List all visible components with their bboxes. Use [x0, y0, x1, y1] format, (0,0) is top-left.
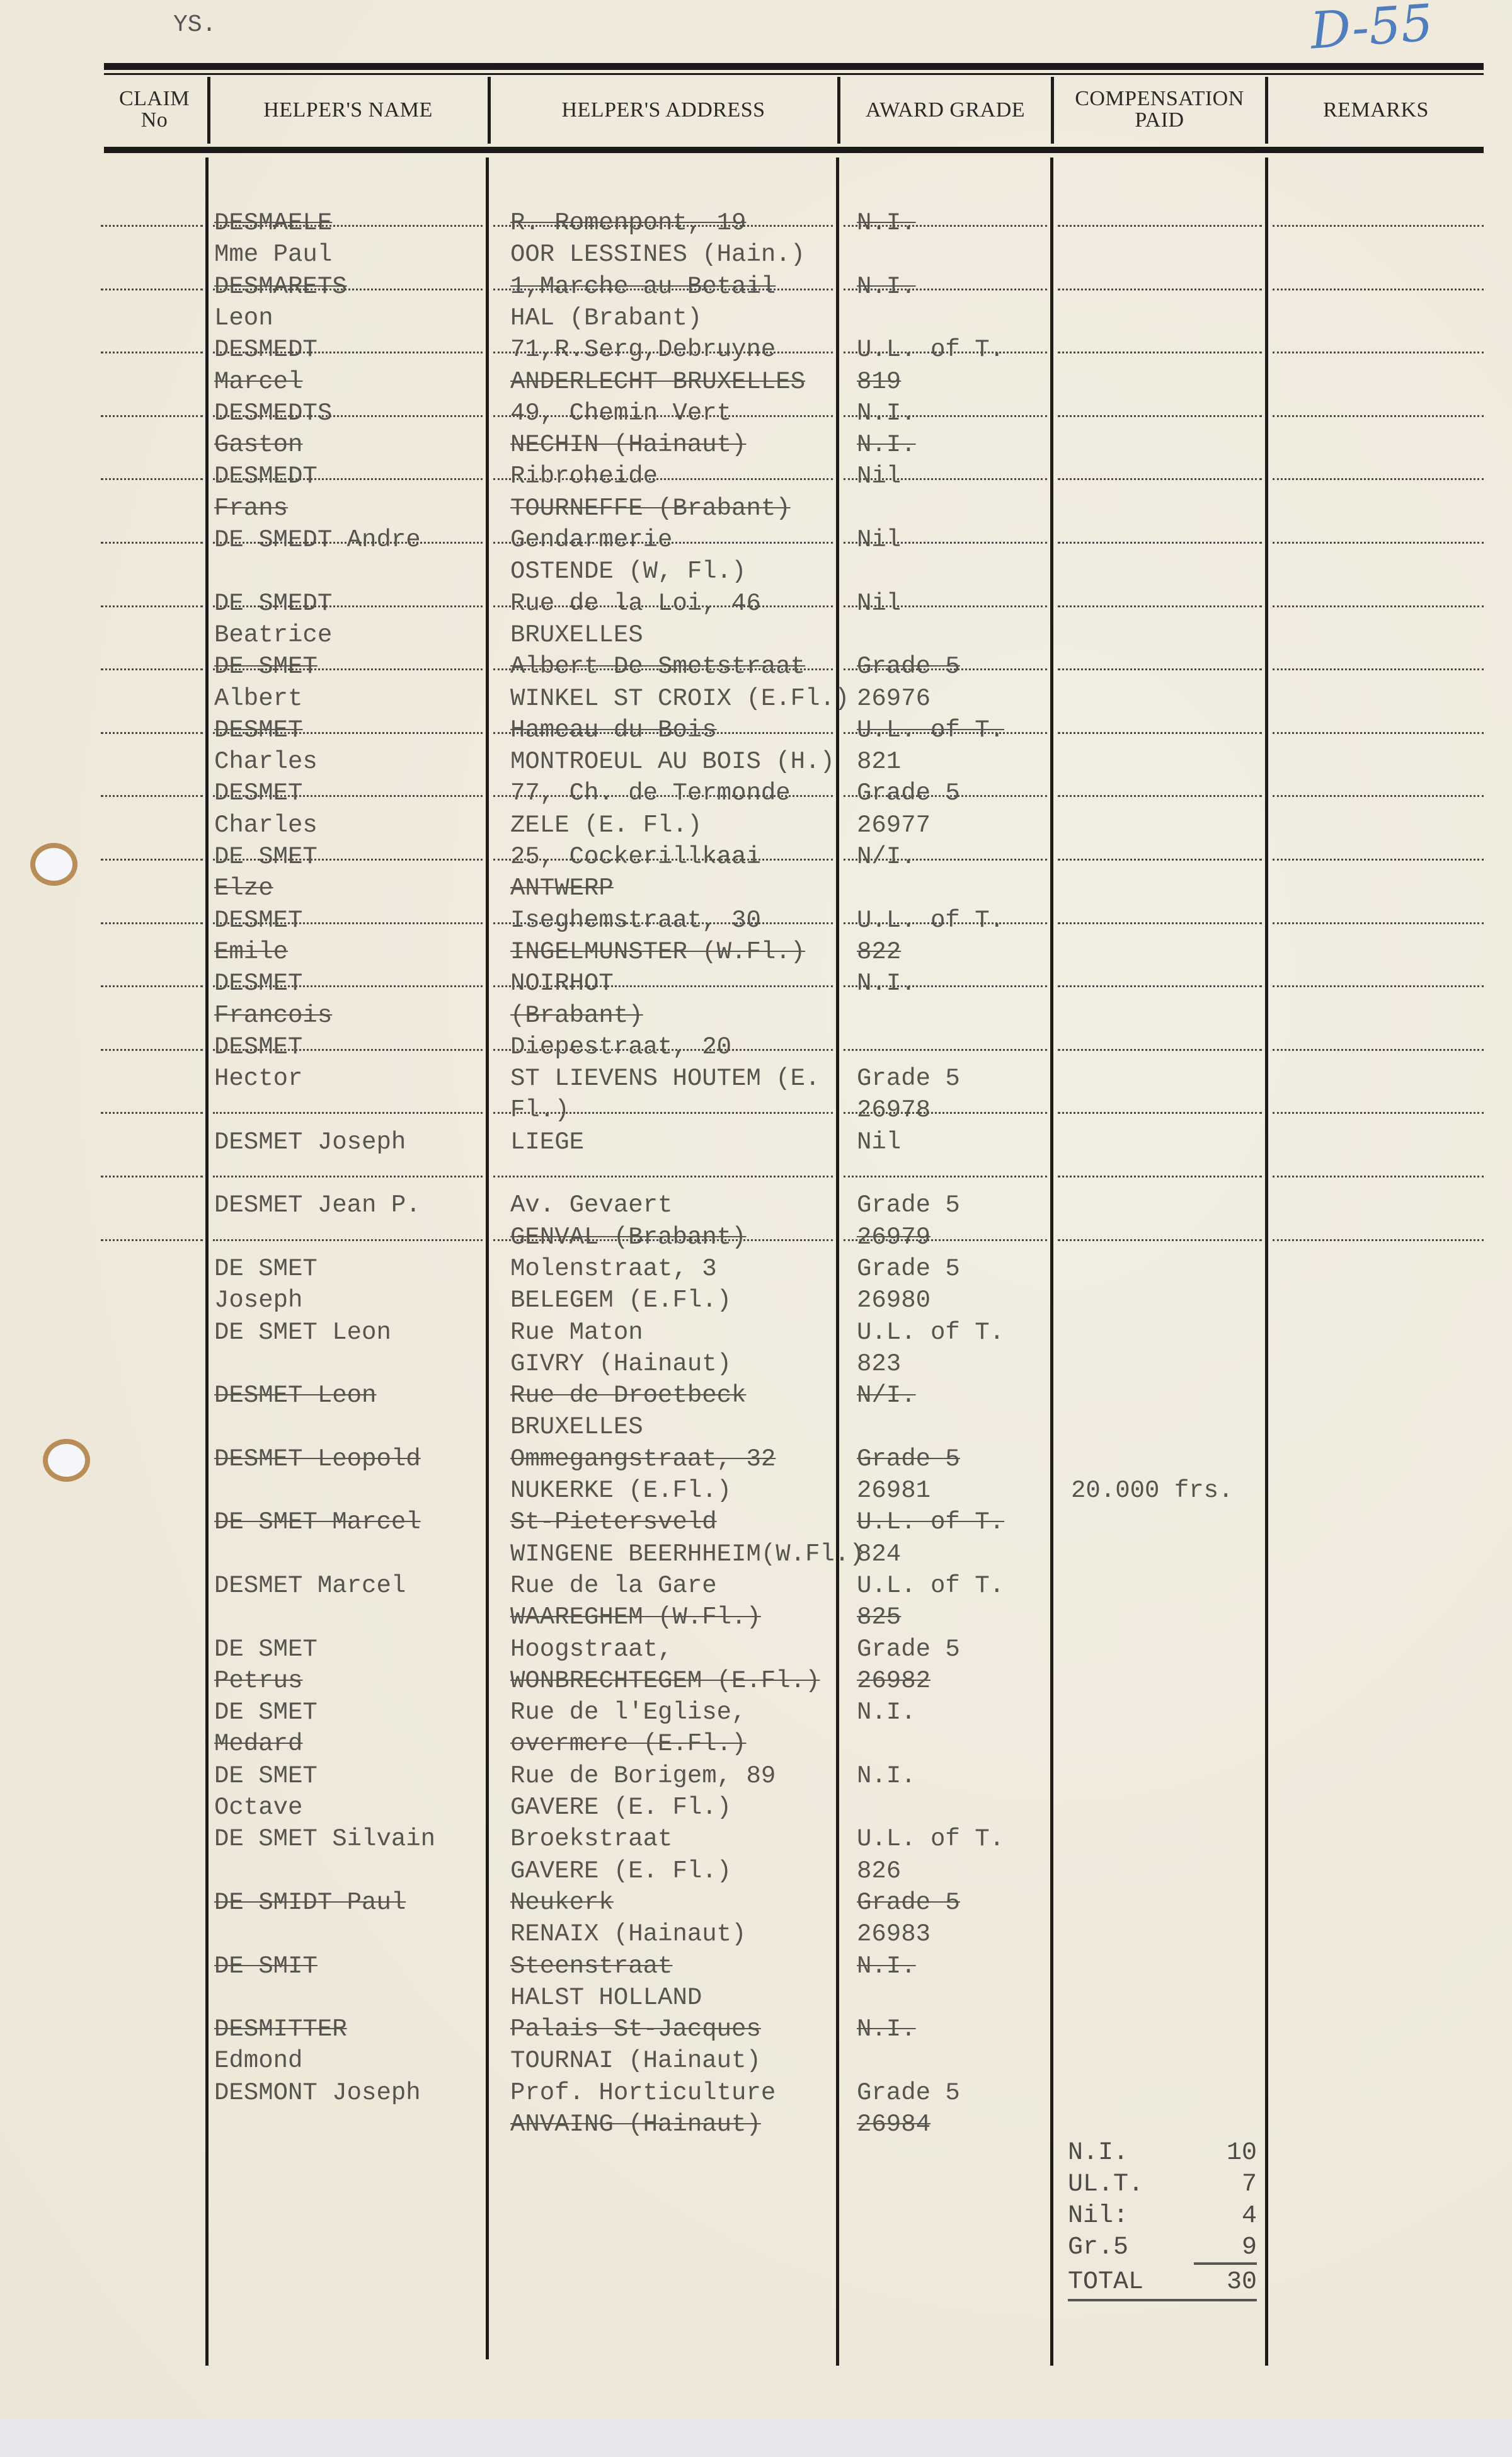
- address-line: GIVRY (Hainaut): [510, 1350, 731, 1378]
- ruled-line: [1058, 732, 1262, 734]
- grade-line: 826: [857, 1857, 901, 1885]
- address-line: Prof. Horticulture: [510, 2079, 776, 2107]
- tally-row: Gr.5 9: [1068, 2233, 1257, 2265]
- column-divider: [1265, 157, 1268, 2366]
- column-header-compensation-paid: COMPENSATION PAID: [1054, 88, 1265, 131]
- grade-line: U.L. of T.: [857, 1508, 1004, 1536]
- address-line: Albert De Smetstraat: [510, 653, 805, 680]
- name-line: DE SMIDT Paul: [214, 1889, 406, 1916]
- name-line: Edmond: [214, 2047, 302, 2075]
- ruled-line: [1058, 1239, 1262, 1241]
- tally-value: 7: [1242, 2170, 1257, 2199]
- address-line: GENVAL (Brabant): [510, 1223, 746, 1251]
- address-line: BRUXELLES: [510, 1413, 643, 1441]
- name-line: Frans: [214, 495, 288, 522]
- ruled-line: [213, 1112, 483, 1114]
- column-divider: [836, 157, 839, 2366]
- address-line: R. Romenpont, 19: [510, 209, 746, 237]
- name-line: DESMET Marcel: [214, 1572, 406, 1600]
- header-rule-bottom: [104, 147, 1484, 153]
- name-line: DESMEDTS: [214, 399, 332, 427]
- address-line: Rue de l'Eglise,: [510, 1698, 746, 1726]
- tally-row: N.I. 10: [1068, 2139, 1257, 2170]
- tally-value: 4: [1242, 2202, 1257, 2230]
- ruled-line: [101, 859, 203, 861]
- ruled-line: [1058, 1176, 1262, 1177]
- name-line: DESMITTER: [214, 2015, 347, 2043]
- ruled-line: [1058, 985, 1262, 987]
- address-line: RENAIX (Hainaut): [510, 1920, 746, 1948]
- grade-line: 26982: [857, 1667, 931, 1695]
- grade-line: Nil: [857, 462, 901, 490]
- address-line: WONBRECHTEGEM (E.Fl.): [510, 1667, 820, 1695]
- address-line: BELEGEM (E.Fl.): [510, 1286, 731, 1314]
- grade-line: Grade 5: [857, 2079, 960, 2107]
- name-line: Petrus: [214, 1667, 302, 1695]
- ruled-line: [101, 542, 203, 544]
- column-header-remarks: REMARKS: [1268, 100, 1484, 121]
- name-line: DESMET Jean P.: [214, 1191, 421, 1219]
- address-line: Ommegangstraat, 32: [510, 1445, 776, 1473]
- grade-line: 26983: [857, 1920, 931, 1948]
- file-reference-handwritten: D-55: [1309, 0, 1435, 60]
- ruled-line: [1273, 1049, 1484, 1051]
- name-line: DESMET: [214, 970, 302, 997]
- address-line: Gendarmerie: [510, 526, 672, 554]
- address-line: WINGENE BEERHHEIM(W.Fl.): [510, 1540, 864, 1568]
- ruled-line: [1058, 795, 1262, 797]
- address-line: Steenstraat: [510, 1952, 672, 1980]
- column-divider: [1050, 157, 1053, 2366]
- tally-sum-rule: [1194, 2262, 1257, 2265]
- ruled-line: [1058, 859, 1262, 861]
- tally-label: Nil:: [1068, 2202, 1128, 2230]
- ruled-line: [1058, 1112, 1262, 1114]
- address-line: ANVAING (Hainaut): [510, 2110, 761, 2138]
- ruled-line: [1058, 289, 1262, 290]
- ruled-line: [1058, 1049, 1262, 1051]
- name-line: DE SMET: [214, 1255, 318, 1283]
- tally-label: UL.T.: [1068, 2170, 1143, 2199]
- name-line: Emile: [214, 938, 288, 966]
- ruled-line: [213, 1176, 483, 1177]
- ruled-line: [101, 1239, 203, 1241]
- ruled-line: [101, 922, 203, 924]
- ruled-line: [1058, 668, 1262, 670]
- file-reference-typed: YS.: [173, 11, 216, 38]
- address-line: TOURNAI (Hainaut): [510, 2047, 761, 2075]
- address-line: OOR LESSINES (Hain.): [510, 241, 805, 268]
- name-line: Leon: [214, 304, 273, 332]
- address-line: St-Pietersveld: [510, 1508, 717, 1536]
- ruled-line: [1273, 1112, 1484, 1114]
- grade-line: N.I.: [857, 1762, 916, 1790]
- address-line: HAL (Brabant): [510, 304, 702, 332]
- grade-line: N.I.: [857, 209, 916, 237]
- tally-value: 9: [1242, 2233, 1257, 2262]
- tally-total-value: 30: [1227, 2268, 1257, 2296]
- ruled-line: [1058, 605, 1262, 607]
- address-line: LIEGE: [510, 1128, 584, 1156]
- name-line: DE SMET Leon: [214, 1319, 391, 1346]
- tally-label: N.I.: [1068, 2139, 1128, 2167]
- grade-line: Grade 5: [857, 1635, 960, 1663]
- ruled-line: [101, 415, 203, 417]
- grade-line: 824: [857, 1540, 901, 1568]
- ruled-line: [101, 605, 203, 607]
- grade-line: N/I.: [857, 1382, 916, 1409]
- punch-hole-upper: [30, 843, 77, 886]
- grade-line: N.I.: [857, 1698, 916, 1726]
- column-header-award-grade: AWARD GRADE: [840, 100, 1050, 121]
- header-rule-top-thick: [104, 63, 1484, 70]
- address-line: Iseghemstraat, 30: [510, 907, 761, 934]
- address-line: 49, Chemin Vert: [510, 399, 731, 427]
- ruled-line: [1273, 985, 1484, 987]
- grade-line: 26976: [857, 685, 931, 713]
- name-line: Charles: [214, 811, 318, 839]
- grade-line: 26984: [857, 2110, 931, 2138]
- ruled-line: [844, 1049, 1047, 1051]
- ruled-line: [1273, 542, 1484, 544]
- address-line: Neukerk: [510, 1889, 614, 1916]
- grade-line: 821: [857, 748, 901, 776]
- name-line: DE SMET Marcel: [214, 1508, 421, 1536]
- ruled-line: [1273, 225, 1484, 227]
- address-line: ZELE (E. Fl.): [510, 811, 702, 839]
- ruled-line: [101, 985, 203, 987]
- address-line: NOIRHOT: [510, 970, 614, 997]
- grade-line: U.L. of T.: [857, 336, 1004, 364]
- grade-line: N.I.: [857, 2015, 916, 2043]
- address-line: Hameau du Bois: [510, 716, 717, 744]
- name-line: DE SMET: [214, 1698, 318, 1726]
- ruled-line: [101, 225, 203, 227]
- address-line: ANTWERP: [510, 874, 614, 902]
- address-line: Palais St-Jacques: [510, 2015, 761, 2043]
- name-line: DE SMEDT: [214, 590, 332, 617]
- address-line: overmere (E.Fl.): [510, 1730, 746, 1758]
- grade-line: N.I.: [857, 1952, 916, 1980]
- name-line: DESMET: [214, 779, 302, 807]
- grade-line: 26977: [857, 811, 931, 839]
- address-line: Rue de Droetbeck: [510, 1382, 746, 1409]
- ruled-line: [1273, 732, 1484, 734]
- ruled-line: [101, 1112, 203, 1114]
- ruled-line: [1273, 668, 1484, 670]
- address-line: WINKEL ST CROIX (E.Fl.): [510, 685, 849, 713]
- grade-line: N.I.: [857, 970, 916, 997]
- name-line: DE SMET: [214, 1635, 318, 1663]
- ruled-line: [101, 289, 203, 290]
- ruled-line: [1273, 415, 1484, 417]
- address-line: Molenstraat, 3: [510, 1255, 717, 1283]
- name-line: Charles: [214, 748, 318, 776]
- ruled-line: [101, 352, 203, 353]
- name-line: Francois: [214, 1002, 332, 1029]
- ruled-line: [1273, 478, 1484, 480]
- address-line: NECHIN (Hainaut): [510, 431, 746, 459]
- address-line: 77, Ch. de Termonde: [510, 779, 791, 807]
- grade-line: 26981: [857, 1477, 931, 1504]
- name-line: DE SMEDT Andre: [214, 526, 421, 554]
- grade-line: 26979: [857, 1223, 931, 1251]
- name-line: DE SMIT: [214, 1952, 318, 1980]
- ruled-line: [1058, 352, 1262, 353]
- ruled-line: [101, 795, 203, 797]
- ruled-line: [101, 668, 203, 670]
- address-line: HALST HOLLAND: [510, 1984, 702, 2012]
- address-line: BRUXELLES: [510, 621, 643, 649]
- ruled-line: [1273, 859, 1484, 861]
- tally-row: UL.T. 7: [1068, 2170, 1257, 2202]
- address-line: 71,R.Serg,Debruyne: [510, 336, 776, 364]
- grade-line: Grade 5: [857, 1889, 960, 1916]
- ruled-line: [213, 1239, 483, 1241]
- name-line: Medard: [214, 1730, 302, 1758]
- grade-line: 26980: [857, 1286, 931, 1314]
- ruled-line: [1058, 415, 1262, 417]
- name-line: DESMET: [214, 1033, 302, 1061]
- tally-total-label: TOTAL: [1068, 2268, 1143, 2296]
- header-rule-top-thin: [104, 73, 1484, 75]
- name-line: Beatrice: [214, 621, 332, 649]
- address-line: ANDERLECHT BRUXELLES: [510, 368, 805, 396]
- name-line: DE SMET: [214, 653, 318, 680]
- column-header-helper-address: HELPER'S ADDRESS: [491, 100, 836, 121]
- name-line: DE SMET: [214, 843, 318, 871]
- tally-total-underline: [1068, 2299, 1257, 2301]
- address-line: 25, Cockerillkaai: [510, 843, 761, 871]
- column-divider: [486, 157, 489, 2359]
- ruled-line: [101, 732, 203, 734]
- tally-value: 10: [1227, 2139, 1257, 2167]
- name-line: DESMET Leopold: [214, 1445, 421, 1473]
- tally-row: Nil: 4: [1068, 2202, 1257, 2233]
- address-line: Av. Gevaert: [510, 1191, 672, 1219]
- grade-line: N/I.: [857, 843, 916, 871]
- name-line: Elze: [214, 874, 273, 902]
- tally-total-row: TOTAL 30: [1068, 2268, 1257, 2299]
- grade-line: N.I.: [857, 399, 916, 427]
- name-line: DESMAELE: [214, 209, 332, 237]
- address-line: Rue Maton: [510, 1319, 643, 1346]
- grade-line: 819: [857, 368, 901, 396]
- name-line: Gaston: [214, 431, 302, 459]
- grade-line: 26978: [857, 1096, 931, 1124]
- address-line: Rue de la Loi, 46: [510, 590, 761, 617]
- address-line: INGELMUNSTER (W.Fl.): [510, 938, 805, 966]
- name-line: Hector: [214, 1065, 302, 1092]
- address-line: GAVERE (E. Fl.): [510, 1857, 731, 1885]
- ruled-line: [1273, 1239, 1484, 1241]
- address-line: GAVERE (E. Fl.): [510, 1794, 731, 1821]
- ruled-line: [1058, 542, 1262, 544]
- name-line: DESMARETS: [214, 273, 347, 301]
- grade-line: Grade 5: [857, 779, 960, 807]
- ruled-line: [1273, 289, 1484, 290]
- grade-line: Grade 5: [857, 1065, 960, 1092]
- grade-line: U.L. of T.: [857, 1572, 1004, 1600]
- address-line: NUKERKE (E.Fl.): [510, 1477, 731, 1504]
- address-line: Fl.): [510, 1096, 570, 1124]
- name-line: DESMET: [214, 716, 302, 744]
- address-line: Hoogstraat,: [510, 1635, 672, 1663]
- address-line: ST LIEVENS HOUTEM (E.: [510, 1065, 820, 1092]
- ruled-line: [1273, 1176, 1484, 1177]
- punch-hole-lower: [43, 1439, 90, 1482]
- column-divider: [205, 157, 209, 2366]
- grade-line: Grade 5: [857, 1191, 960, 1219]
- award-tally: N.I. 10 UL.T. 7 Nil: 4 Gr.5 9 TOTAL 30: [1068, 2139, 1257, 2303]
- grade-line: U.L. of T.: [857, 716, 1004, 744]
- grade-line: Grade 5: [857, 1255, 960, 1283]
- ruled-line: [1273, 795, 1484, 797]
- name-line: DESMEDT: [214, 336, 318, 364]
- name-line: DE SMET: [214, 1762, 318, 1790]
- grade-line: Nil: [857, 1128, 901, 1156]
- ruled-line: [1058, 922, 1262, 924]
- name-line: DESMONT Joseph: [214, 2079, 421, 2107]
- name-line: DE SMET Silvain: [214, 1825, 435, 1853]
- ruled-line: [493, 1176, 833, 1177]
- ruled-line: [1273, 605, 1484, 607]
- ruled-line: [1058, 478, 1262, 480]
- name-line: Marcel: [214, 368, 302, 396]
- address-line: Diepestraat, 20: [510, 1033, 731, 1061]
- ruled-line: [1273, 922, 1484, 924]
- name-line: Octave: [214, 1794, 302, 1821]
- grade-line: 822: [857, 938, 901, 966]
- name-line: Joseph: [214, 1286, 302, 1314]
- ruled-line: [101, 1049, 203, 1051]
- ruled-line: [1058, 225, 1262, 227]
- column-header-claim-no: CLAIM No: [107, 88, 202, 131]
- tally-label: Gr.5: [1068, 2233, 1128, 2262]
- address-line: 1,Marche au Betail: [510, 273, 776, 301]
- grade-line: N.I.: [857, 273, 916, 301]
- address-line: MONTROEUL AU BOIS (H.): [510, 748, 835, 776]
- grade-line: Nil: [857, 526, 901, 554]
- name-line: Albert: [214, 685, 302, 713]
- grade-line: Grade 5: [857, 653, 960, 680]
- compensation-line: 20.000 frs.: [1071, 1477, 1233, 1504]
- grade-line: Grade 5: [857, 1445, 960, 1473]
- address-line: TOURNEFFE (Brabant): [510, 495, 791, 522]
- address-line: Rue de Borigem, 89: [510, 1762, 776, 1790]
- name-line: DESMET Joseph: [214, 1128, 406, 1156]
- column-header-helper-name: HELPER'S NAME: [210, 100, 486, 121]
- name-line: Mme Paul: [214, 241, 332, 268]
- grade-line: 825: [857, 1603, 901, 1631]
- document-page: YS. D-55 CLAIM No HELPER'S NAME HELPER'S…: [0, 0, 1512, 2419]
- ruled-line: [844, 1176, 1047, 1177]
- grade-line: U.L. of T.: [857, 907, 1004, 934]
- grade-line: N.I.: [857, 431, 916, 459]
- ruled-line: [101, 1176, 203, 1177]
- ruled-line: [101, 478, 203, 480]
- grade-line: Nil: [857, 590, 901, 617]
- name-line: DESMEDT: [214, 462, 318, 490]
- grade-line: U.L. of T.: [857, 1825, 1004, 1853]
- name-line: DESMET Leon: [214, 1382, 376, 1409]
- name-line: DESMET: [214, 907, 302, 934]
- address-line: WAAREGHEM (W.Fl.): [510, 1603, 761, 1631]
- grade-line: 823: [857, 1350, 901, 1378]
- address-line: OSTENDE (W, Fl.): [510, 558, 746, 585]
- ruled-line: [1273, 352, 1484, 353]
- address-line: Ribroheide: [510, 462, 658, 490]
- address-line: Rue de la Gare: [510, 1572, 717, 1600]
- address-line: Broekstraat: [510, 1825, 672, 1853]
- address-line: (Brabant): [510, 1002, 643, 1029]
- grade-line: U.L. of T.: [857, 1319, 1004, 1346]
